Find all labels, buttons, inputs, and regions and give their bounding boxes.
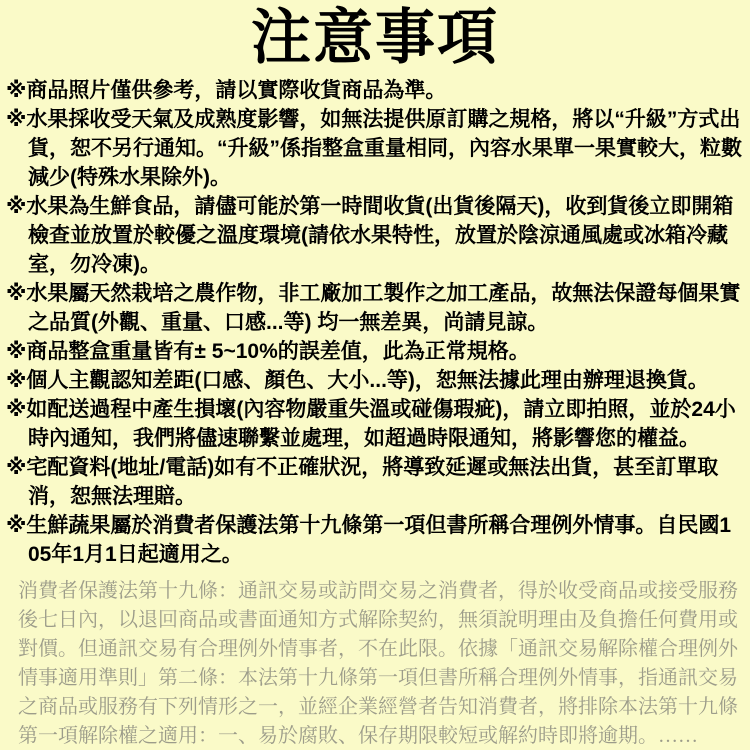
note-item-upgrade-policy: ※水果採收受天氣及成熟度影響，如無法提供原訂購之規格，將以“升級”方式出貨，恕不… (6, 105, 742, 192)
legal-paragraph: 消費者保護法第十九條：通訊交易或訪問交易之消費者，得於收受商品或接受服務後七日內… (18, 577, 740, 750)
note-item-fresh-storage: ※水果為生鮮食品，請儘可能於第一時間收貨(出貨後隔天)，收到貨後立即開箱檢查並放… (6, 192, 742, 279)
notes-list: ※商品照片僅供參考，請以實際收貨商品為準。 ※水果採收受天氣及成熟度影響，如無法… (0, 76, 750, 569)
page-title: 注意事項 (0, 2, 750, 74)
note-item-delivery-info: ※宅配資料(地址/電話)如有不正確狀況，將導致延遲或無法出貨，甚至訂單取消，恕無… (6, 453, 742, 511)
note-item-shipping-damage: ※如配送過程中產生損壞(內容物嚴重失溫或碰傷瑕疵)，請立即拍照，並於24小時內通… (6, 395, 742, 453)
note-item-weight-tolerance: ※商品整盒重量皆有± 5~10%的誤差值，此為正常規格。 (6, 337, 742, 366)
note-item-consumer-law-exception: ※生鮮蔬果屬於消費者保護法第十九條第一項但書所稱合理例外情事。自民國105年1月… (6, 511, 742, 569)
note-item-natural-crop: ※水果屬天然栽培之農作物，非工廠加工製作之加工產品，故無法保證每個果實之品質(外… (6, 279, 742, 337)
notice-page: 注意事項 ※商品照片僅供參考，請以實際收貨商品為準。 ※水果採收受天氣及成熟度影… (0, 0, 750, 750)
note-item-product-photo: ※商品照片僅供參考，請以實際收貨商品為準。 (6, 76, 742, 105)
note-item-subjective-perception: ※個人主觀認知差距(口感、顏色、大小...等)，恕無法據此理由辦理退換貨。 (6, 366, 742, 395)
